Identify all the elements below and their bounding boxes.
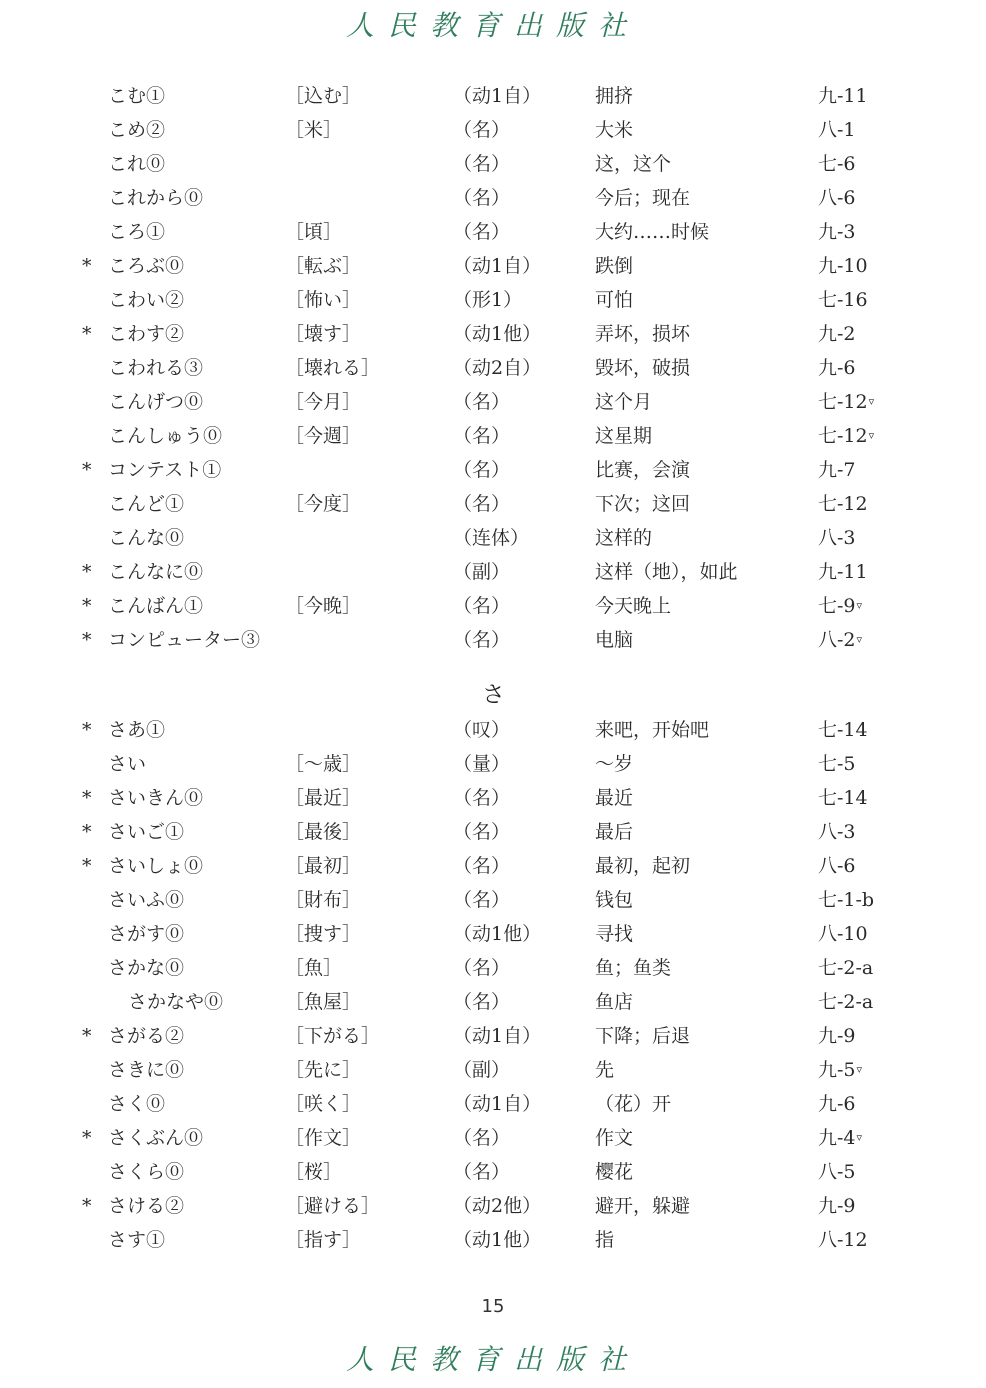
vocab-entry: こんな⓪（连体）这样的八-3	[0, 521, 986, 555]
vocab-entry: さす①［指す］（动1他）指八-12	[0, 1223, 986, 1257]
entry-meaning: 来吧，开始吧	[595, 713, 709, 747]
entry-reading: さあ①	[108, 713, 165, 747]
entry-reading: こんど①	[108, 487, 184, 521]
entry-meaning: 樱花	[595, 1155, 633, 1189]
entry-reading: こんな⓪	[108, 521, 184, 555]
entry-part-of-speech: （名）	[453, 623, 510, 657]
key-vocab-marker: *	[82, 1019, 100, 1053]
entry-kanji: ［転ぶ］	[285, 249, 361, 283]
section-ko: こむ①［込む］（动1自）拥挤九-11こめ②［米］（名）大米八-1これ⓪（名）这，…	[0, 79, 986, 657]
entry-meaning: 鱼店	[595, 985, 633, 1019]
optional-lesson-triangle-icon: ▿	[857, 1131, 863, 1144]
entry-meaning: 大米	[595, 113, 633, 147]
vocab-entry: さきに⓪［先に］（副）先九-5▿	[0, 1053, 986, 1087]
optional-lesson-triangle-icon: ▿	[869, 395, 875, 408]
entry-reading: さくぶん⓪	[108, 1121, 203, 1155]
entry-meaning: 比赛，会演	[595, 453, 690, 487]
entry-meaning: 这个月	[595, 385, 652, 419]
entry-meaning: 最近	[595, 781, 633, 815]
entry-lesson: 七-9	[818, 595, 856, 617]
entry-meaning: 电脑	[595, 623, 633, 657]
entry-lesson: 九-6	[818, 351, 856, 385]
entry-kanji: ［最初］	[285, 849, 361, 883]
entry-reading: こわい②	[108, 283, 184, 317]
key-vocab-marker: *	[82, 555, 100, 589]
entry-part-of-speech: （动1他）	[453, 1223, 541, 1257]
entry-meaning: 今天晚上	[595, 589, 671, 623]
entry-reading: こんなに⓪	[108, 555, 203, 589]
entry-lesson: 七-12	[818, 391, 868, 413]
entry-reading: さいしょ⓪	[108, 849, 203, 883]
vocab-entry: *コンピューター③（名）电脑八-2▿	[0, 623, 986, 657]
entry-kanji: ［作文］	[285, 1121, 361, 1155]
entry-lesson: 八-3	[818, 521, 856, 555]
entry-kanji: ［指す］	[285, 1223, 361, 1257]
entry-kanji: ［咲く］	[285, 1087, 361, 1121]
entry-part-of-speech: （动1自）	[453, 1087, 541, 1121]
entry-kanji: ［先に］	[285, 1053, 361, 1087]
entry-part-of-speech: （名）	[453, 1121, 510, 1155]
entry-reading: こめ②	[108, 113, 165, 147]
entry-part-of-speech: （名）	[453, 815, 510, 849]
key-vocab-marker: *	[82, 1121, 100, 1155]
section-heading-label: さ	[482, 677, 505, 713]
entry-kanji: ［下がる］	[285, 1019, 380, 1053]
entry-lesson-group: 七-12▿	[818, 385, 874, 419]
key-vocab-marker: *	[82, 249, 100, 283]
entry-reading: さがる②	[108, 1019, 184, 1053]
entry-lesson: 八-3	[818, 815, 856, 849]
section-heading-sa: さ	[0, 677, 986, 713]
entry-reading: さく⓪	[108, 1087, 165, 1121]
entry-part-of-speech: （名）	[453, 147, 510, 181]
entry-reading: こわす②	[108, 317, 184, 351]
entry-lesson: 九-4	[818, 1127, 856, 1149]
entry-part-of-speech: （名）	[453, 215, 510, 249]
entry-part-of-speech: （动2他）	[453, 1189, 541, 1223]
entry-lesson: 七-14	[818, 781, 868, 815]
entry-meaning: 最初，起初	[595, 849, 690, 883]
optional-lesson-triangle-icon: ▿	[857, 633, 863, 646]
entry-meaning: 拥挤	[595, 79, 633, 113]
entry-meaning: 先	[595, 1053, 614, 1087]
entry-lesson-group: 七-9▿	[818, 589, 862, 623]
entry-part-of-speech: （动1他）	[453, 917, 541, 951]
entry-part-of-speech: （副）	[453, 555, 510, 589]
vocab-entry: *さいしょ⓪［最初］（名）最初，起初八-6	[0, 849, 986, 883]
entry-kanji: ［今週］	[285, 419, 361, 453]
entry-lesson: 七-12	[818, 425, 868, 447]
entry-part-of-speech: （名）	[453, 181, 510, 215]
entry-lesson: 九-9	[818, 1189, 856, 1223]
vocab-entry: さくら⓪［桜］（名）樱花八-5	[0, 1155, 986, 1189]
publisher-logo-footer: 人民教育出版社	[0, 1340, 986, 1380]
entry-kanji: ［最近］	[285, 781, 361, 815]
entry-meaning: 这星期	[595, 419, 652, 453]
entry-lesson: 八-6	[818, 849, 856, 883]
entry-kanji: ［米］	[285, 113, 342, 147]
entry-kanji: ［壊れる］	[285, 351, 380, 385]
entry-kanji: ［込む］	[285, 79, 361, 113]
vocab-entry: こわれる③［壊れる］（动2自）毁坏，破损九-6	[0, 351, 986, 385]
entry-reading: さがす⓪	[108, 917, 184, 951]
vocab-entry: *こんばん①［今晚］（名）今天晚上七-9▿	[0, 589, 986, 623]
entry-meaning: 这样的	[595, 521, 652, 555]
entry-meaning: 最后	[595, 815, 633, 849]
entry-lesson: 七-12	[818, 487, 868, 521]
entry-lesson-group: 九-5▿	[818, 1053, 862, 1087]
entry-meaning: 作文	[595, 1121, 633, 1155]
entry-meaning: 下降；后退	[595, 1019, 690, 1053]
vocab-entry: *さいご①［最後］（名）最后八-3	[0, 815, 986, 849]
entry-reading: さいご①	[108, 815, 184, 849]
entry-kanji: ［今月］	[285, 385, 361, 419]
entry-lesson: 七-2-a	[818, 985, 873, 1019]
vocab-entry: *ころぶ⓪［転ぶ］（动1自）跌倒九-10	[0, 249, 986, 283]
vocabulary-list: こむ①［込む］（动1自）拥挤九-11こめ②［米］（名）大米八-1これ⓪（名）这，…	[0, 79, 986, 1257]
key-vocab-marker: *	[82, 781, 100, 815]
entry-reading: こわれる③	[108, 351, 203, 385]
entry-part-of-speech: （名）	[453, 1155, 510, 1189]
key-vocab-marker: *	[82, 815, 100, 849]
entry-part-of-speech: （形1）	[453, 283, 522, 317]
entry-kanji: ［頃］	[285, 215, 342, 249]
vocab-entry: さかなや⓪［魚屋］（名）鱼店七-2-a	[0, 985, 986, 1019]
vocab-entry: こむ①［込む］（动1自）拥挤九-11	[0, 79, 986, 113]
entry-part-of-speech: （名）	[453, 781, 510, 815]
entry-lesson: 八-1	[818, 113, 856, 147]
entry-lesson: 九-5	[818, 1059, 856, 1081]
entry-reading: コンテスト①	[108, 453, 221, 487]
entry-lesson: 九-10	[818, 249, 868, 283]
entry-kanji: ［壊す］	[285, 317, 361, 351]
entry-part-of-speech: （名）	[453, 951, 510, 985]
key-vocab-marker: *	[82, 1189, 100, 1223]
entry-lesson: 八-10	[818, 917, 868, 951]
entry-part-of-speech: （副）	[453, 1053, 510, 1087]
entry-meaning: 寻找	[595, 917, 633, 951]
entry-part-of-speech: （名）	[453, 589, 510, 623]
key-vocab-marker: *	[82, 453, 100, 487]
vocab-entry: さがす⓪［捜す］（动1他）寻找八-10	[0, 917, 986, 951]
entry-part-of-speech: （动1自）	[453, 1019, 541, 1053]
entry-part-of-speech: （名）	[453, 883, 510, 917]
vocab-entry: こんしゅう⓪［今週］（名）这星期七-12▿	[0, 419, 986, 453]
entry-kanji: ［～歳］	[285, 747, 361, 781]
entry-meaning: 弄坏，损坏	[595, 317, 690, 351]
entry-reading: こむ①	[108, 79, 165, 113]
entry-meaning: 可怕	[595, 283, 633, 317]
entry-meaning: 这样（地），如此	[595, 555, 738, 589]
entry-kanji: ［桜］	[285, 1155, 342, 1189]
entry-meaning: 鱼；鱼类	[595, 951, 671, 985]
vocab-entry: さかな⓪［魚］（名）鱼；鱼类七-2-a	[0, 951, 986, 985]
optional-lesson-triangle-icon: ▿	[857, 599, 863, 612]
vocab-entry: さいふ⓪［財布］（名）钱包七-1-b	[0, 883, 986, 917]
entry-lesson: 九-6	[818, 1087, 856, 1121]
entry-part-of-speech: （名）	[453, 419, 510, 453]
entry-meaning: 跌倒	[595, 249, 633, 283]
entry-lesson: 七-2-a	[818, 951, 873, 985]
entry-reading: コンピューター③	[108, 623, 260, 657]
vocab-entry: さい［～歳］（量）～岁七-5	[0, 747, 986, 781]
entry-meaning: 毁坏，破损	[595, 351, 690, 385]
entry-lesson: 八-5	[818, 1155, 856, 1189]
optional-lesson-triangle-icon: ▿	[857, 1063, 863, 1076]
entry-part-of-speech: （名）	[453, 985, 510, 1019]
entry-lesson: 八-6	[818, 181, 856, 215]
entry-part-of-speech: （名）	[453, 849, 510, 883]
entry-meaning: （花）开	[595, 1087, 671, 1121]
entry-reading: ころぶ⓪	[108, 249, 184, 283]
key-vocab-marker: *	[82, 713, 100, 747]
entry-reading: さきに⓪	[108, 1053, 184, 1087]
entry-meaning: 今后；现在	[595, 181, 690, 215]
vocab-entry: こんど①［今度］（名）下次；这回七-12	[0, 487, 986, 521]
entry-kanji: ［捜す］	[285, 917, 361, 951]
vocab-entry: *こんなに⓪（副）这样（地），如此九-11	[0, 555, 986, 589]
entry-reading: さい	[108, 747, 146, 781]
entry-part-of-speech: （名）	[453, 385, 510, 419]
key-vocab-marker: *	[82, 623, 100, 657]
entry-kanji: ［魚］	[285, 951, 342, 985]
entry-lesson-group: 九-4▿	[818, 1121, 862, 1155]
key-vocab-marker: *	[82, 589, 100, 623]
publisher-logo-header: 人民教育出版社	[0, 6, 986, 46]
entry-part-of-speech: （动1他）	[453, 317, 541, 351]
entry-meaning: 下次；这回	[595, 487, 690, 521]
entry-lesson: 九-11	[818, 555, 868, 589]
entry-reading: さくら⓪	[108, 1155, 184, 1189]
entry-part-of-speech: （动1自）	[453, 249, 541, 283]
entry-meaning: 避开，躲避	[595, 1189, 690, 1223]
entry-meaning: 指	[595, 1223, 614, 1257]
entry-reading: こんげつ⓪	[108, 385, 203, 419]
entry-lesson: 九-9	[818, 1019, 856, 1053]
entry-reading: さす①	[108, 1223, 165, 1257]
entry-reading: さける②	[108, 1189, 184, 1223]
entry-reading: さかなや⓪	[128, 985, 223, 1019]
vocab-entry: こわい②［怖い］（形1）可怕七-16	[0, 283, 986, 317]
vocab-entry: ころ①［頃］（名）大约……时候九-3	[0, 215, 986, 249]
vocab-entry: さく⓪［咲く］（动1自）（花）开九-6	[0, 1087, 986, 1121]
entry-meaning: 钱包	[595, 883, 633, 917]
entry-part-of-speech: （叹）	[453, 713, 510, 747]
entry-part-of-speech: （动2自）	[453, 351, 541, 385]
entry-reading: こんしゅう⓪	[108, 419, 222, 453]
entry-lesson: 七-14	[818, 713, 868, 747]
key-vocab-marker: *	[82, 317, 100, 351]
entry-lesson: 八-2	[818, 629, 856, 651]
entry-lesson: 七-16	[818, 283, 868, 317]
entry-lesson-group: 八-2▿	[818, 623, 862, 657]
optional-lesson-triangle-icon: ▿	[869, 429, 875, 442]
vocab-entry: こめ②［米］（名）大米八-1	[0, 113, 986, 147]
entry-lesson: 七-5	[818, 747, 856, 781]
vocab-entry: *さくぶん⓪［作文］（名）作文九-4▿	[0, 1121, 986, 1155]
entry-reading: こんばん①	[108, 589, 203, 623]
entry-lesson: 九-2	[818, 317, 856, 351]
entry-lesson: 九-7	[818, 453, 856, 487]
entry-kanji: ［最後］	[285, 815, 361, 849]
entry-reading: これ⓪	[108, 147, 165, 181]
entry-reading: これから⓪	[108, 181, 203, 215]
entry-part-of-speech: （连体）	[453, 521, 529, 555]
entry-kanji: ［避ける］	[285, 1189, 380, 1223]
vocab-entry: *さあ①（叹）来吧，开始吧七-14	[0, 713, 986, 747]
entry-meaning: 大约……时候	[595, 215, 709, 249]
vocab-entry: *コンテスト①（名）比赛，会演九-7	[0, 453, 986, 487]
entry-kanji: ［今晚］	[285, 589, 361, 623]
entry-part-of-speech: （名）	[453, 487, 510, 521]
entry-kanji: ［財布］	[285, 883, 361, 917]
vocab-entry: *さける②［避ける］（动2他）避开，躲避九-9	[0, 1189, 986, 1223]
entry-lesson: 九-11	[818, 79, 868, 113]
entry-reading: さいきん⓪	[108, 781, 203, 815]
entry-part-of-speech: （名）	[453, 113, 510, 147]
vocab-entry: これから⓪（名）今后；现在八-6	[0, 181, 986, 215]
vocab-entry: こんげつ⓪［今月］（名）这个月七-12▿	[0, 385, 986, 419]
entry-reading: ころ①	[108, 215, 165, 249]
vocab-entry: *さいきん⓪［最近］（名）最近七-14	[0, 781, 986, 815]
entry-part-of-speech: （动1自）	[453, 79, 541, 113]
entry-reading: さいふ⓪	[108, 883, 184, 917]
entry-part-of-speech: （名）	[453, 453, 510, 487]
vocab-entry: *こわす②［壊す］（动1他）弄坏，损坏九-2	[0, 317, 986, 351]
entry-kanji: ［魚屋］	[285, 985, 361, 1019]
entry-lesson-group: 七-12▿	[818, 419, 874, 453]
key-vocab-marker: *	[82, 849, 100, 883]
entry-kanji: ［怖い］	[285, 283, 361, 317]
entry-part-of-speech: （量）	[453, 747, 510, 781]
page-number: 15	[0, 1296, 986, 1317]
entry-meaning: 这，这个	[595, 147, 671, 181]
entry-lesson: 八-12	[818, 1223, 868, 1257]
entry-meaning: ～岁	[595, 747, 633, 781]
vocab-entry: *さがる②［下がる］（动1自）下降；后退九-9	[0, 1019, 986, 1053]
vocab-entry: これ⓪（名）这，这个七-6	[0, 147, 986, 181]
entry-reading: さかな⓪	[108, 951, 184, 985]
entry-lesson: 七-1-b	[818, 883, 874, 917]
entry-kanji: ［今度］	[285, 487, 361, 521]
entry-lesson: 七-6	[818, 147, 856, 181]
entry-lesson: 九-3	[818, 215, 856, 249]
section-sa: *さあ①（叹）来吧，开始吧七-14さい［～歳］（量）～岁七-5*さいきん⓪［最近…	[0, 713, 986, 1257]
